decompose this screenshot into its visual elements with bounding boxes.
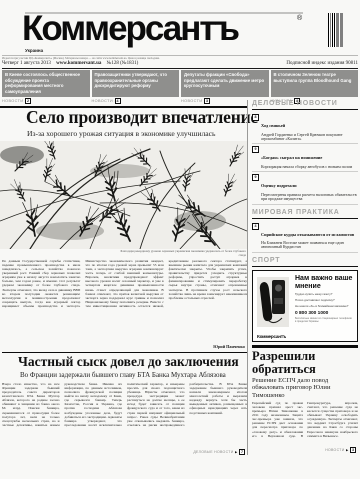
item-text: Сирийские курды отказываются от исламист… bbox=[261, 223, 358, 250]
page-badge: 4 bbox=[115, 98, 121, 104]
lead-article-body-block: По данным Государственной службы статист… bbox=[2, 259, 247, 349]
section-name: НОВОСТИ bbox=[2, 99, 24, 103]
item-text: Оценку подрезали Пересмотрены правила ра… bbox=[261, 174, 358, 201]
lead-subheadline: Из-за хорошего урожая ситуация в экономи… bbox=[27, 129, 247, 138]
digest-item: 4 Сирийские курды отказываются от ислами… bbox=[252, 221, 358, 253]
item-page-badge: 9 bbox=[252, 174, 259, 181]
photo-caption: Благодаря рекордному урожаю зерновых укр… bbox=[118, 250, 246, 258]
telephone-icon bbox=[256, 276, 290, 328]
sidebar-digest: деловые новости 8 Ход свиньей Андрей Гор… bbox=[252, 100, 358, 268]
item-title: Сирийские курды отказываются от исламист… bbox=[261, 232, 354, 237]
item-page-badge: 8 bbox=[252, 114, 259, 121]
item-title: Оценку подрезали bbox=[261, 183, 297, 188]
ad-phone-number: 0 800 300 1000 bbox=[295, 311, 353, 316]
item-text: Ход свиньей Андрей Гордиенко и Сергей Кр… bbox=[261, 114, 358, 141]
section-rule bbox=[252, 345, 358, 348]
ad-text-block: Нам важно ваше мнение Трудно купить нашу… bbox=[295, 275, 353, 324]
teaser-label: НОВОСТИ 2 bbox=[2, 98, 90, 104]
item-title: «Богдан» сыграл на понижение bbox=[261, 155, 322, 160]
date-text: Четверг 1 августа 2013 bbox=[2, 61, 51, 66]
third-subheadline: Решение ЕСПЧ дало повод обжаловать приго… bbox=[252, 377, 356, 399]
ad-fine-print: Бесплатные звонки со стационарных телефо… bbox=[295, 318, 353, 324]
second-article-body: Вчера стало известно, что на юге Франции… bbox=[2, 382, 247, 455]
website-url: www.kommersant.ua bbox=[56, 61, 101, 66]
newspaper-front-page: Коммерсантъ ® Украина Издается при участ… bbox=[0, 0, 360, 479]
date-issue-group: Четверг 1 августа 2013 www.kommersant.ua… bbox=[2, 61, 142, 66]
sidebar-divider bbox=[247, 100, 248, 455]
lead-headline: Село производит впечатление bbox=[26, 108, 251, 127]
jump-reference: НОВОСТИ ▶ 3 bbox=[321, 446, 356, 453]
item-desc: Андрей Гордиенко и Сергей Крючков покупа… bbox=[261, 133, 358, 142]
edition-label: Украина bbox=[25, 48, 43, 53]
page-badge: 3 bbox=[204, 98, 210, 104]
sidebar-section-header: спорт bbox=[252, 257, 358, 267]
digest-item: 8 Ход свиньей Андрей Гордиенко и Сергей … bbox=[252, 112, 358, 144]
section-rule bbox=[2, 352, 247, 353]
jump-section-label: ДЕЛОВЫЕ НОВОСТИ bbox=[193, 450, 233, 454]
issue-number: №128 (№1831) bbox=[107, 61, 139, 66]
page-badge: 2 bbox=[25, 98, 31, 104]
item-page-badge: 9 bbox=[252, 146, 259, 153]
ad-headline: Нам важно ваше мнение bbox=[295, 275, 353, 290]
lead-article-body: По данным Государственной службы статист… bbox=[2, 259, 247, 349]
teaser-box: Правозащитники утверждают, что правоохра… bbox=[92, 70, 180, 97]
digest-item: 9 Оценку подрезали Пересмотрены правила … bbox=[252, 172, 358, 204]
sidebar: деловые новости 8 Ход свиньей Андрей Гор… bbox=[252, 0, 358, 479]
digest-item: 9 «Богдан» сыграл на понижение Корпораци… bbox=[252, 144, 358, 172]
page-badge: 3 bbox=[350, 447, 356, 453]
ad-question: Плохо доставляют подписку? bbox=[295, 299, 353, 302]
ad-question: Не нашли «Ъ» в ближайшем магазине? bbox=[295, 305, 353, 308]
jump-arrow-icon: ▶ bbox=[235, 450, 237, 454]
second-headline: Частный сыск довел до заключения bbox=[18, 354, 248, 370]
byline: Юрий Панченко bbox=[208, 343, 245, 349]
item-text: «Богдан» сыграл на понижение Корпорация … bbox=[261, 146, 352, 169]
teaser-box: В Киеве состоялось общественное обсужден… bbox=[2, 70, 90, 97]
item-desc: Пересмотрены правила расчета налоговых о… bbox=[261, 193, 358, 202]
item-desc: На Ближнем Востоке может появиться еще о… bbox=[261, 241, 358, 250]
ad-publisher-logo: Коммерсантъ bbox=[257, 334, 286, 339]
third-headline: Разрешили обратиться bbox=[252, 350, 358, 376]
item-desc: Корпорация начала сборку автобусов с низ… bbox=[261, 165, 352, 169]
jump-arrow-icon: ▶ bbox=[346, 448, 348, 452]
teaser-label: НОВОСТИ 4 bbox=[92, 98, 180, 104]
second-article-body-block: Вчера стало известно, что на юге Франции… bbox=[2, 382, 247, 455]
wheat-photo-illustration bbox=[0, 141, 247, 249]
item-title: Ход свиньей bbox=[261, 123, 285, 128]
sidebar-section-header: деловые новости bbox=[252, 100, 358, 110]
second-subheadline: Во Франции задержали бывшего главу БТА Б… bbox=[20, 371, 246, 379]
section-name: НОВОСТИ bbox=[181, 99, 203, 103]
section-name: НОВОСТИ bbox=[92, 99, 114, 103]
third-article-body-block: Европейский суд по правам человека призн… bbox=[252, 401, 358, 453]
feedback-ad: Нам важно ваше мнение Трудно купить нашу… bbox=[252, 270, 358, 342]
jump-reference: ДЕЛОВЫЕ НОВОСТИ ▶ 7 bbox=[189, 448, 245, 455]
jump-section-label: НОВОСТИ bbox=[325, 448, 344, 452]
item-page-badge: 4 bbox=[252, 223, 259, 230]
page-badge: 7 bbox=[239, 449, 245, 455]
sidebar-section-header: мировая практика bbox=[252, 209, 358, 219]
ad-question: Трудно купить нашу газету? bbox=[295, 293, 353, 296]
